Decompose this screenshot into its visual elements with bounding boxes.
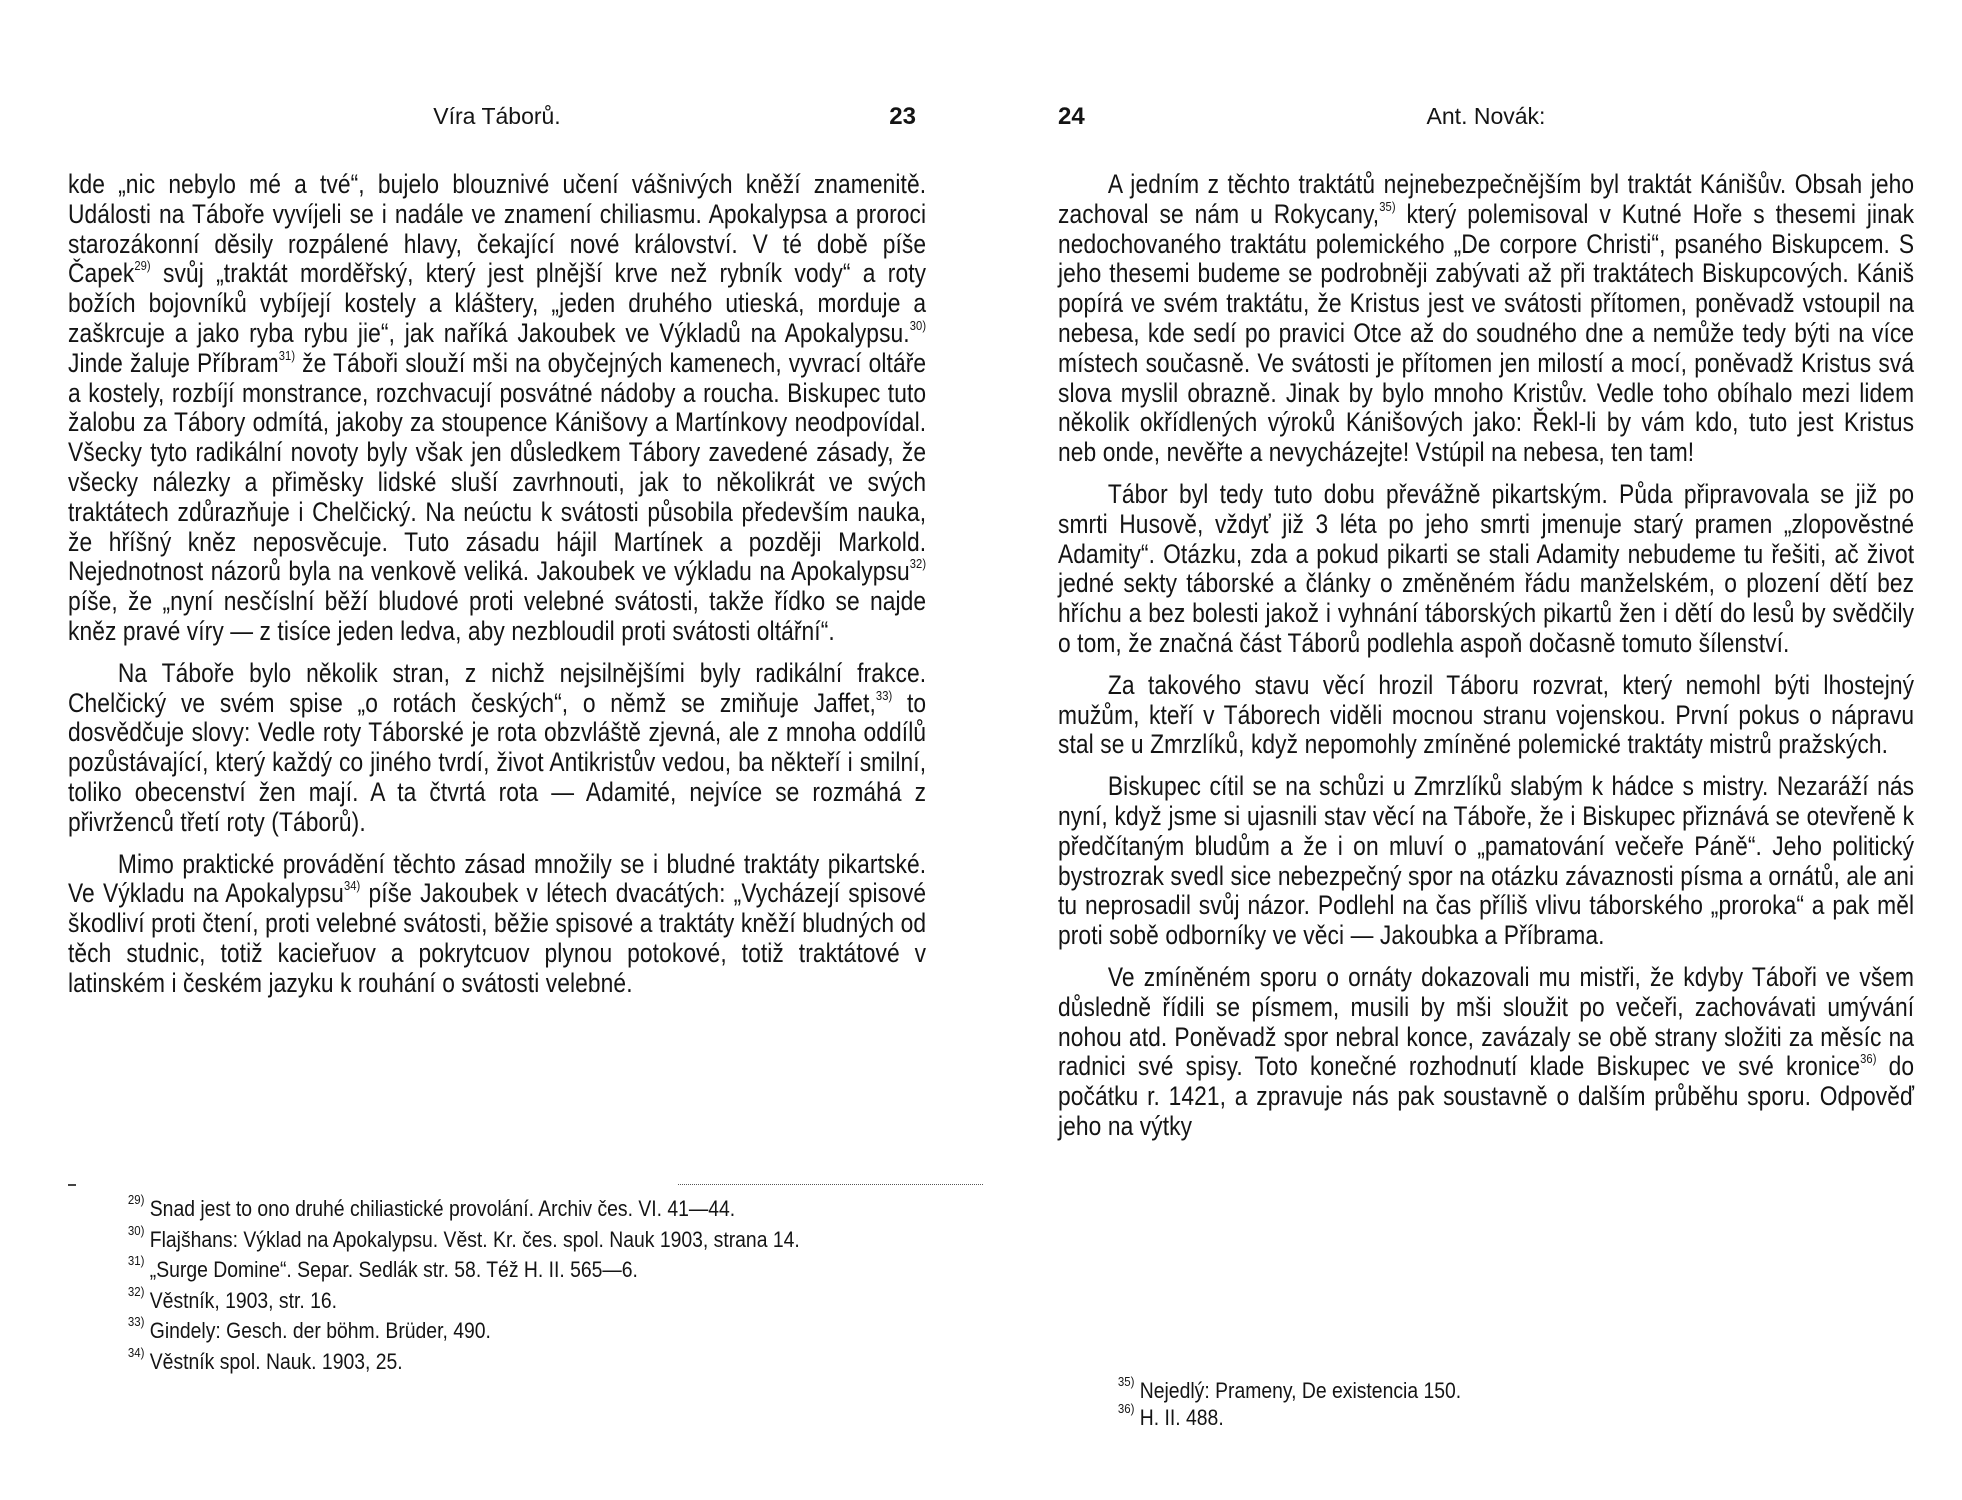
footnote-ref: 32) <box>910 556 926 571</box>
footnote-ref: 29) <box>134 258 150 273</box>
footnote-divider-mark <box>68 1184 76 1186</box>
paragraph: A jedním z těchto traktátů nejnebezpečně… <box>1058 170 1914 468</box>
footnotes: 35) Nejedlý: Prameny, De existencia 150.… <box>1058 1378 1914 1431</box>
footnote-text: Věstník, 1903, str. 16. <box>144 1288 337 1313</box>
footnote-text: Gindely: Gesch. der böhm. Brüder, 490. <box>144 1318 491 1343</box>
running-head: 24 Ant. Novák: <box>1058 103 1914 133</box>
footnote-mark: 31) <box>128 1253 145 1268</box>
text-run: Ve zmíněném sporu o ornáty dokazovali mu… <box>1058 962 1914 1081</box>
footnote-mark: 36) <box>1118 1401 1135 1416</box>
footnote: 36) H. II. 488. <box>1058 1405 1962 1432</box>
footnote-text: „Surge Domine“. Separ. Sedlák str. 58. T… <box>144 1257 638 1282</box>
left-page: Víra Táborů. 23 kde „nic nebylo mé a tvé… <box>68 0 926 1500</box>
paragraph: Tábor byl tedy tuto dobu převážně pikart… <box>1058 480 1914 659</box>
running-title: Víra Táborů. <box>68 103 926 130</box>
paragraph: Mimo praktické provádění těchto zásad mn… <box>68 850 926 999</box>
text-run: Jinde žaluje Příbram <box>68 348 279 378</box>
text-run: který polemisoval v Kutné Hoře s thesemi… <box>1058 199 1914 467</box>
body-text: kde „nic nebylo mé a tvé“, bujelo blouzn… <box>68 170 926 999</box>
footnote-mark: 30) <box>128 1223 145 1238</box>
text-run: Za takového stavu věcí hrozil Táboru roz… <box>1058 670 1914 760</box>
footnote-mark: 32) <box>128 1284 145 1299</box>
paragraph: Za takového stavu věcí hrozil Táboru roz… <box>1058 671 1914 760</box>
paragraph: kde „nic nebylo mé a tvé“, bujelo blouzn… <box>68 170 926 647</box>
text-run: píše, že „nyní nesčíslní běží bludové pr… <box>68 586 926 646</box>
running-head: Víra Táborů. 23 <box>68 103 926 133</box>
body-text: A jedním z těchto traktátů nejnebezpečně… <box>1058 170 1914 1142</box>
text-run: Na Táboře bylo několik stran, z nichž ne… <box>68 658 926 718</box>
footnote-ref: 34) <box>344 878 360 893</box>
footnote-text: Flajšhans: Výklad na Apokalypsu. Věst. K… <box>144 1227 799 1252</box>
text-run: Biskupec cítil se na schůzi u Zmrzlíků s… <box>1058 771 1914 950</box>
footnote-ref: 35) <box>1379 199 1395 214</box>
footnote-text: Věstník spol. Nauk. 1903, 25. <box>144 1349 402 1374</box>
footnote-mark: 33) <box>128 1314 145 1329</box>
footnote: 30) Flajšhans: Výklad na Apokalypsu. Věs… <box>68 1227 926 1254</box>
footnote-mark: 34) <box>128 1345 145 1360</box>
paragraph: Ve zmíněném sporu o ornáty dokazovali mu… <box>1058 963 1914 1142</box>
footnote-divider <box>678 1184 983 1185</box>
footnote-text: Snad jest to ono druhé chiliastické prov… <box>144 1196 735 1221</box>
paragraph: Biskupec cítil se na schůzi u Zmrzlíků s… <box>1058 772 1914 951</box>
footnote: 32) Věstník, 1903, str. 16. <box>68 1288 926 1315</box>
footnote-mark: 29) <box>128 1192 145 1207</box>
footnote: 35) Nejedlý: Prameny, De existencia 150. <box>1058 1378 1962 1405</box>
footnote-ref: 31) <box>279 348 295 363</box>
footnote-ref: 36) <box>1860 1051 1876 1066</box>
footnote-ref: 30) <box>910 318 926 333</box>
footnote-ref: 33) <box>876 688 892 703</box>
footnote-mark: 35) <box>1118 1374 1135 1389</box>
text-run: Tábor byl tedy tuto dobu převážně pikart… <box>1058 479 1914 658</box>
footnote: 34) Věstník spol. Nauk. 1903, 25. <box>68 1349 926 1376</box>
footnote-text: Nejedlý: Prameny, De existencia 150. <box>1134 1378 1461 1403</box>
footnote: 33) Gindely: Gesch. der böhm. Brüder, 49… <box>68 1318 926 1345</box>
page-number: 23 <box>889 103 916 131</box>
footnote: 29) Snad jest to ono druhé chiliastické … <box>68 1196 926 1223</box>
footnotes: 29) Snad jest to ono druhé chiliastické … <box>68 1196 926 1375</box>
paragraph: Na Táboře bylo několik stran, z nichž ne… <box>68 659 926 838</box>
text-run: že Táboři slouží mši na obyčejných kamen… <box>68 348 926 587</box>
footnote-text: H. II. 488. <box>1134 1405 1223 1430</box>
text-run: svůj „traktát morděřský, který jest plně… <box>68 258 926 348</box>
running-title: Ant. Novák: <box>1058 103 1914 130</box>
right-page: 24 Ant. Novák: A jedním z těchto traktát… <box>1058 0 1914 1500</box>
footnote: 31) „Surge Domine“. Separ. Sedlák str. 5… <box>68 1257 926 1284</box>
